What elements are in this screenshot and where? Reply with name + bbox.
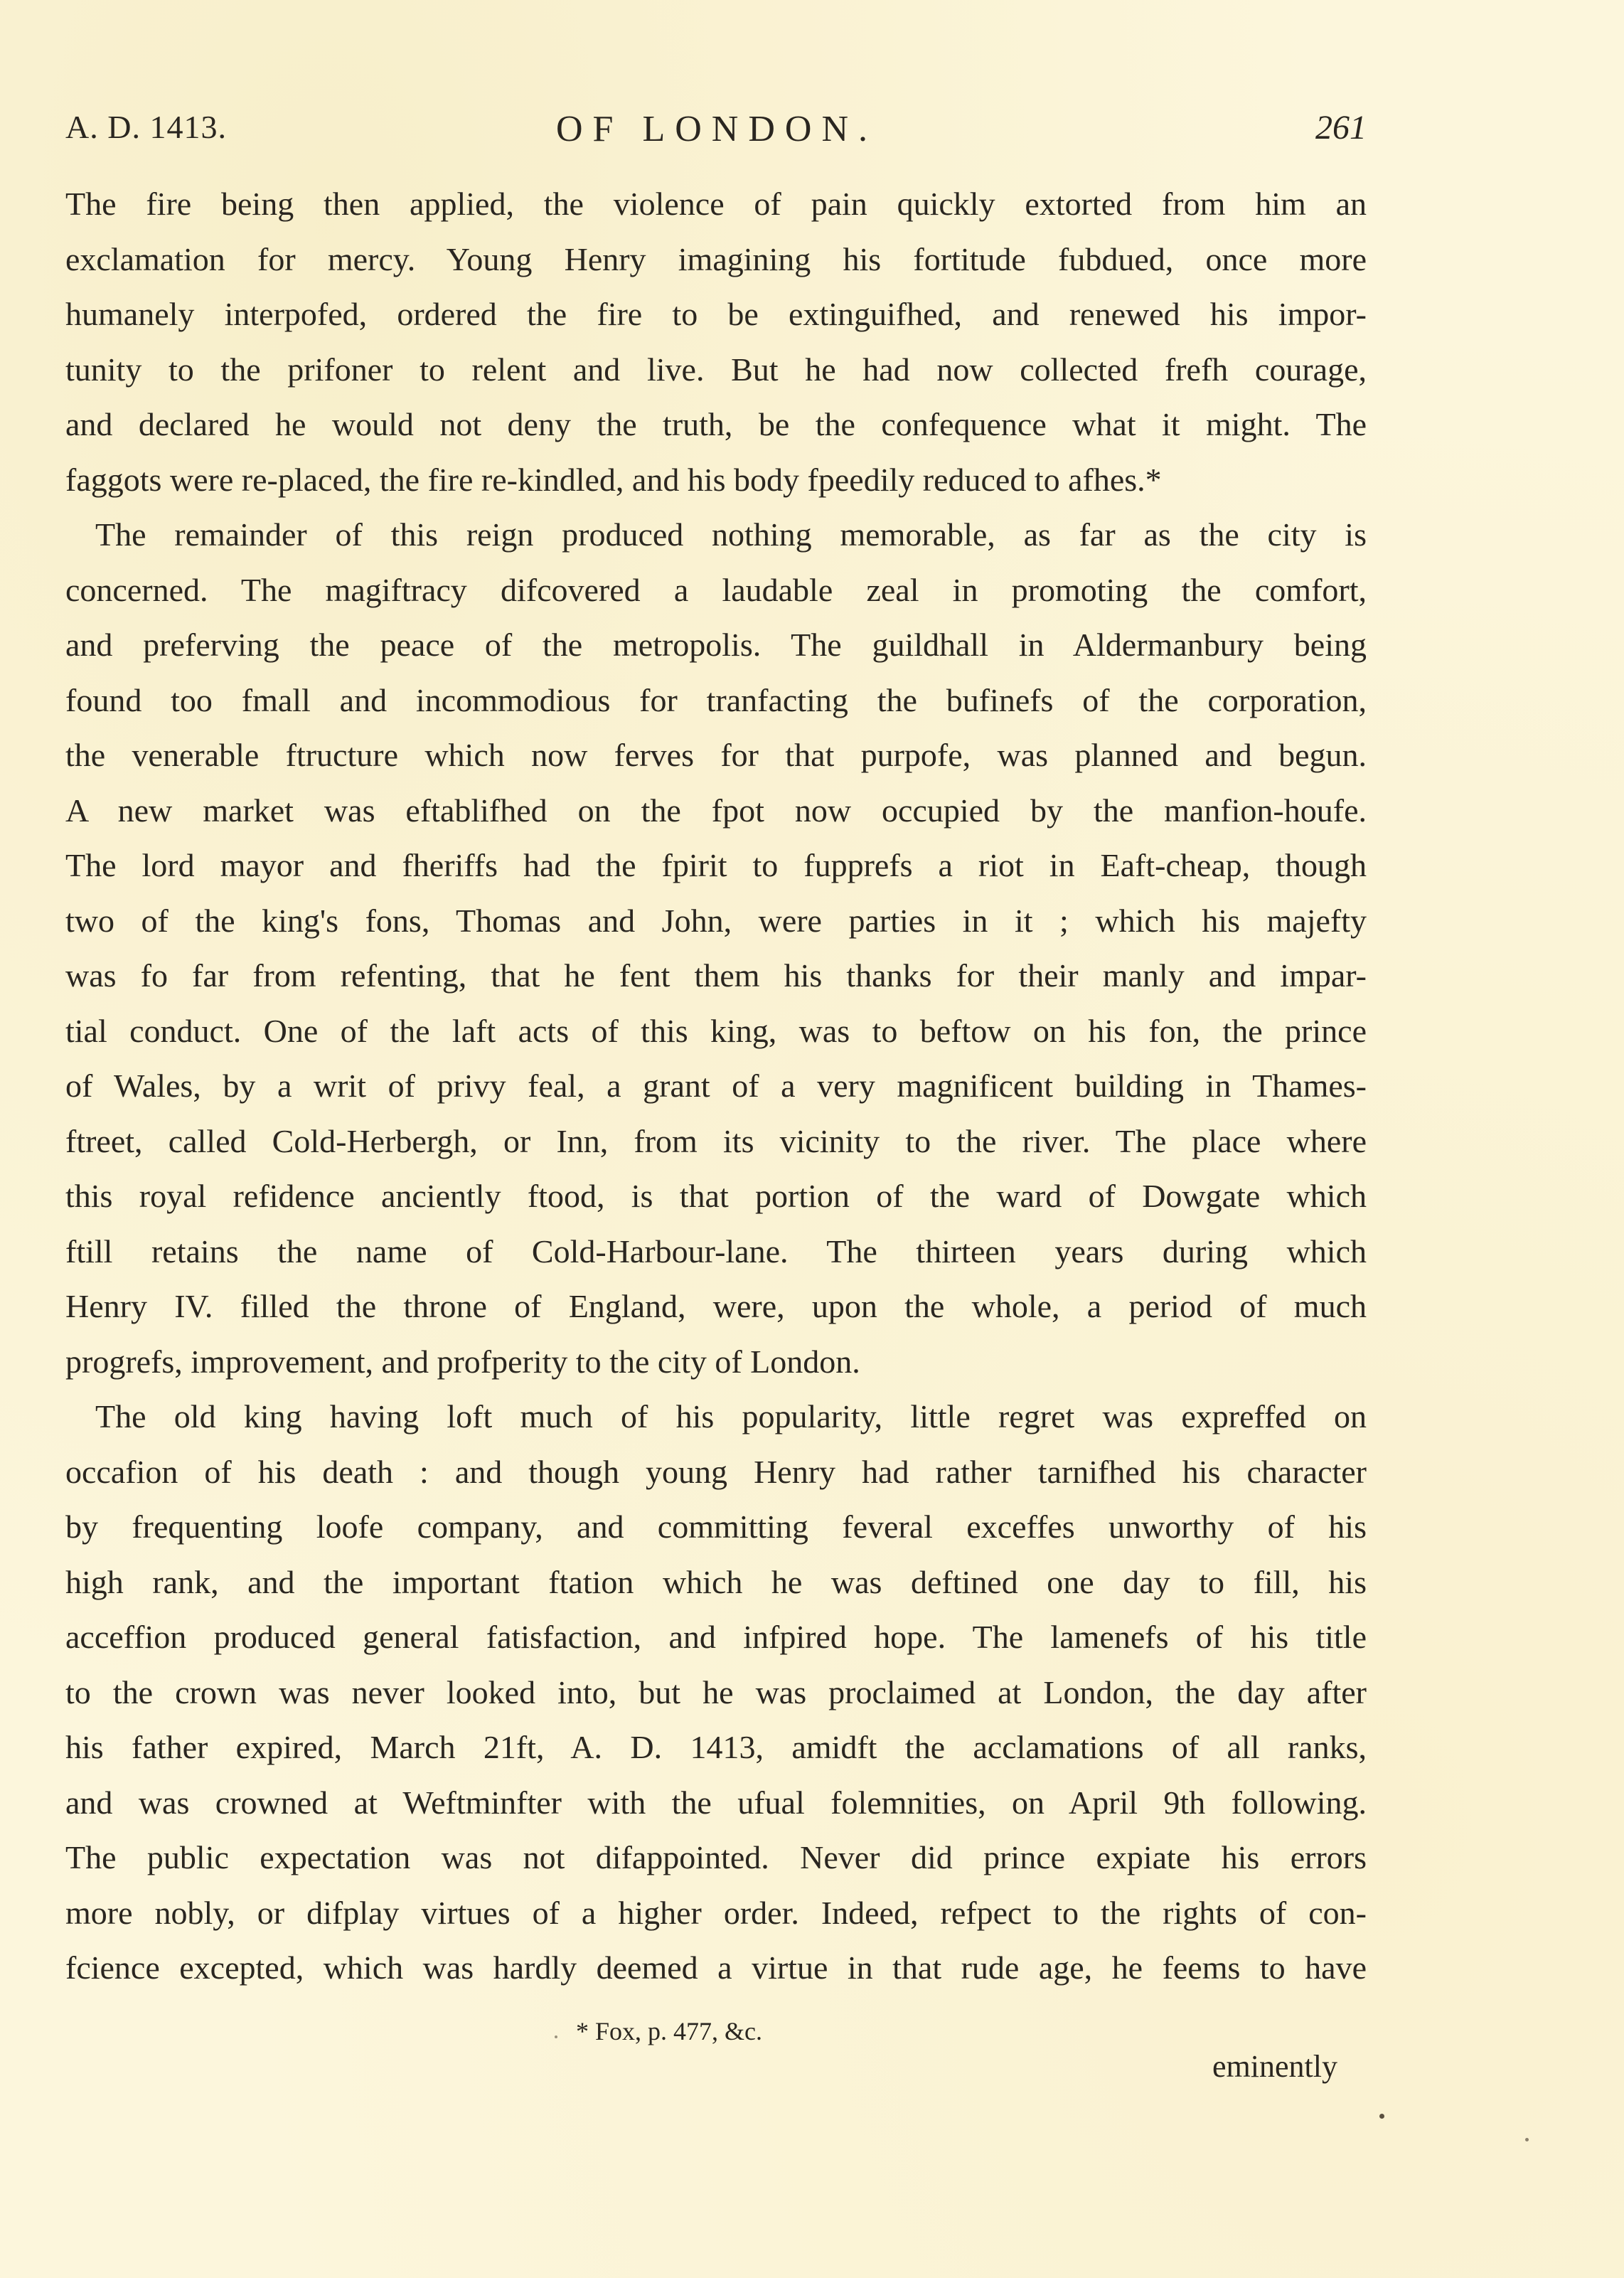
text-line: The public expectation was not difappoin… xyxy=(65,1830,1367,1885)
body-text: The fire being then applied, the violenc… xyxy=(65,176,1367,1996)
text-line: humanely interpofed, ordered the fire to… xyxy=(65,287,1367,342)
text-line: concerned. The magiftracy difcovered a l… xyxy=(65,563,1367,618)
text-line: the venerable ftructure which now ferves… xyxy=(65,728,1367,783)
text-line: high rank, and the important ftation whi… xyxy=(65,1555,1367,1610)
paper-speck xyxy=(555,2035,557,2038)
text-line: more nobly, or difplay virtues of a high… xyxy=(65,1885,1367,1941)
text-line: to the crown was never looked into, but … xyxy=(65,1665,1367,1720)
text-line: A new market was eftablifhed on the fpot… xyxy=(65,783,1367,839)
text-line: found too fmall and incommodious for tra… xyxy=(65,673,1367,728)
text-line: tunity to the prifoner to relent and liv… xyxy=(65,342,1367,398)
text-line: by frequenting loofe company, and commit… xyxy=(65,1499,1367,1555)
text-line: and was crowned at Weftminfter with the … xyxy=(65,1775,1367,1831)
text-line: his father expired, March 21ft, A. D. 14… xyxy=(65,1720,1367,1775)
text-line: The lord mayor and fheriffs had the fpir… xyxy=(65,838,1367,893)
page-number: 261 xyxy=(1315,108,1367,147)
text-line: acceffion produced general fatisfaction,… xyxy=(65,1609,1367,1665)
running-head: A. D. 1413. OF LONDON. 261 xyxy=(65,108,1367,158)
text-line: progrefs, improvement, and profperity to… xyxy=(65,1334,1367,1390)
running-head-date: A. D. 1413. xyxy=(65,108,227,146)
text-line: The fire being then applied, the violenc… xyxy=(65,176,1367,232)
text-line: The old king having loft much of his pop… xyxy=(65,1389,1367,1444)
text-line: of Wales, by a writ of privy feal, a gra… xyxy=(65,1058,1367,1114)
text-line: two of the king's fons, Thomas and John,… xyxy=(65,893,1367,949)
paper-speck xyxy=(1525,2138,1529,2141)
text-line: faggots were re-placed, the fire re-kind… xyxy=(65,452,1367,508)
text-line: ftreet, called Cold-Herbergh, or Inn, fr… xyxy=(65,1114,1367,1169)
text-line: and preferving the peace of the metropol… xyxy=(65,617,1367,673)
text-line: The remainder of this reign produced not… xyxy=(65,507,1367,563)
paper-speck xyxy=(1379,2114,1384,2119)
book-page: A. D. 1413. OF LONDON. 261 The fire bein… xyxy=(0,0,1624,2278)
catchword: eminently xyxy=(1212,2048,1337,2085)
footnote: * Fox, p. 477, &c. xyxy=(576,2016,762,2046)
running-head-title: OF LONDON. xyxy=(556,108,877,150)
text-line: fcience excepted, which was hardly deeme… xyxy=(65,1940,1367,1996)
text-line: exclamation for mercy. Young Henry imagi… xyxy=(65,232,1367,287)
text-line: and declared he would not deny the truth… xyxy=(65,397,1367,452)
text-line: ftill retains the name of Cold-Harbour-l… xyxy=(65,1224,1367,1279)
text-line: was fo far from refenting, that he fent … xyxy=(65,948,1367,1004)
text-line: occafion of his death : and though young… xyxy=(65,1444,1367,1500)
text-line: tial conduct. One of the laft acts of th… xyxy=(65,1004,1367,1059)
text-line: this royal refidence anciently ftood, is… xyxy=(65,1169,1367,1224)
text-line: Henry IV. filled the throne of England, … xyxy=(65,1279,1367,1334)
